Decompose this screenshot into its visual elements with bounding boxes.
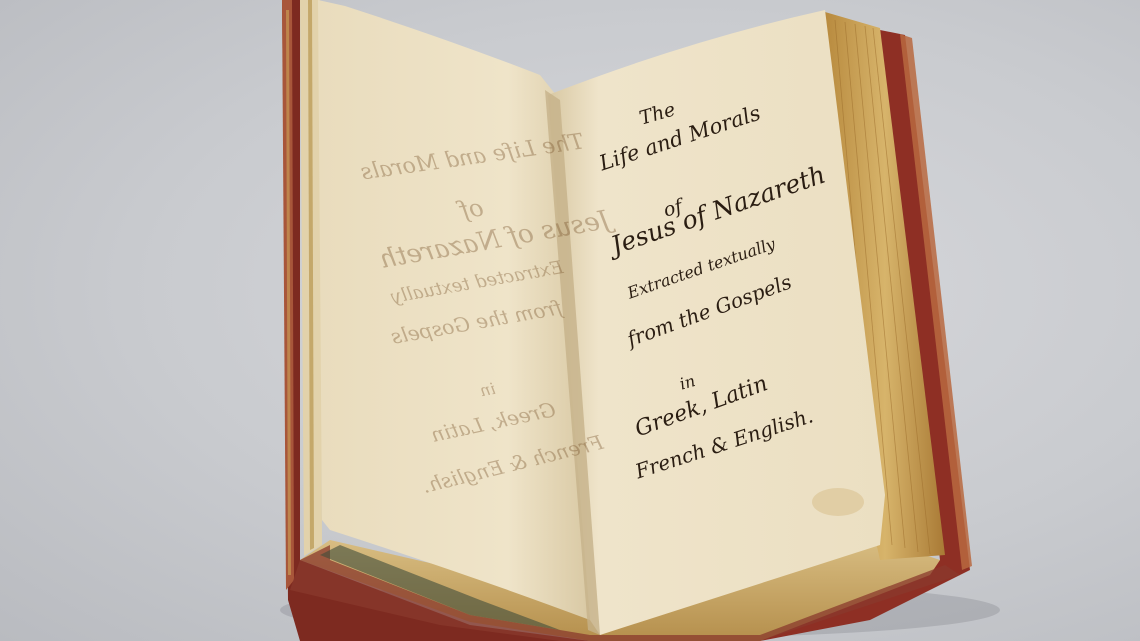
open-book-illustration <box>0 0 1140 641</box>
ghost-line: of <box>458 194 485 225</box>
ghost-line: in <box>478 379 496 400</box>
book-photo: The Life and Morals of Jesus of Nazareth… <box>0 0 1140 641</box>
